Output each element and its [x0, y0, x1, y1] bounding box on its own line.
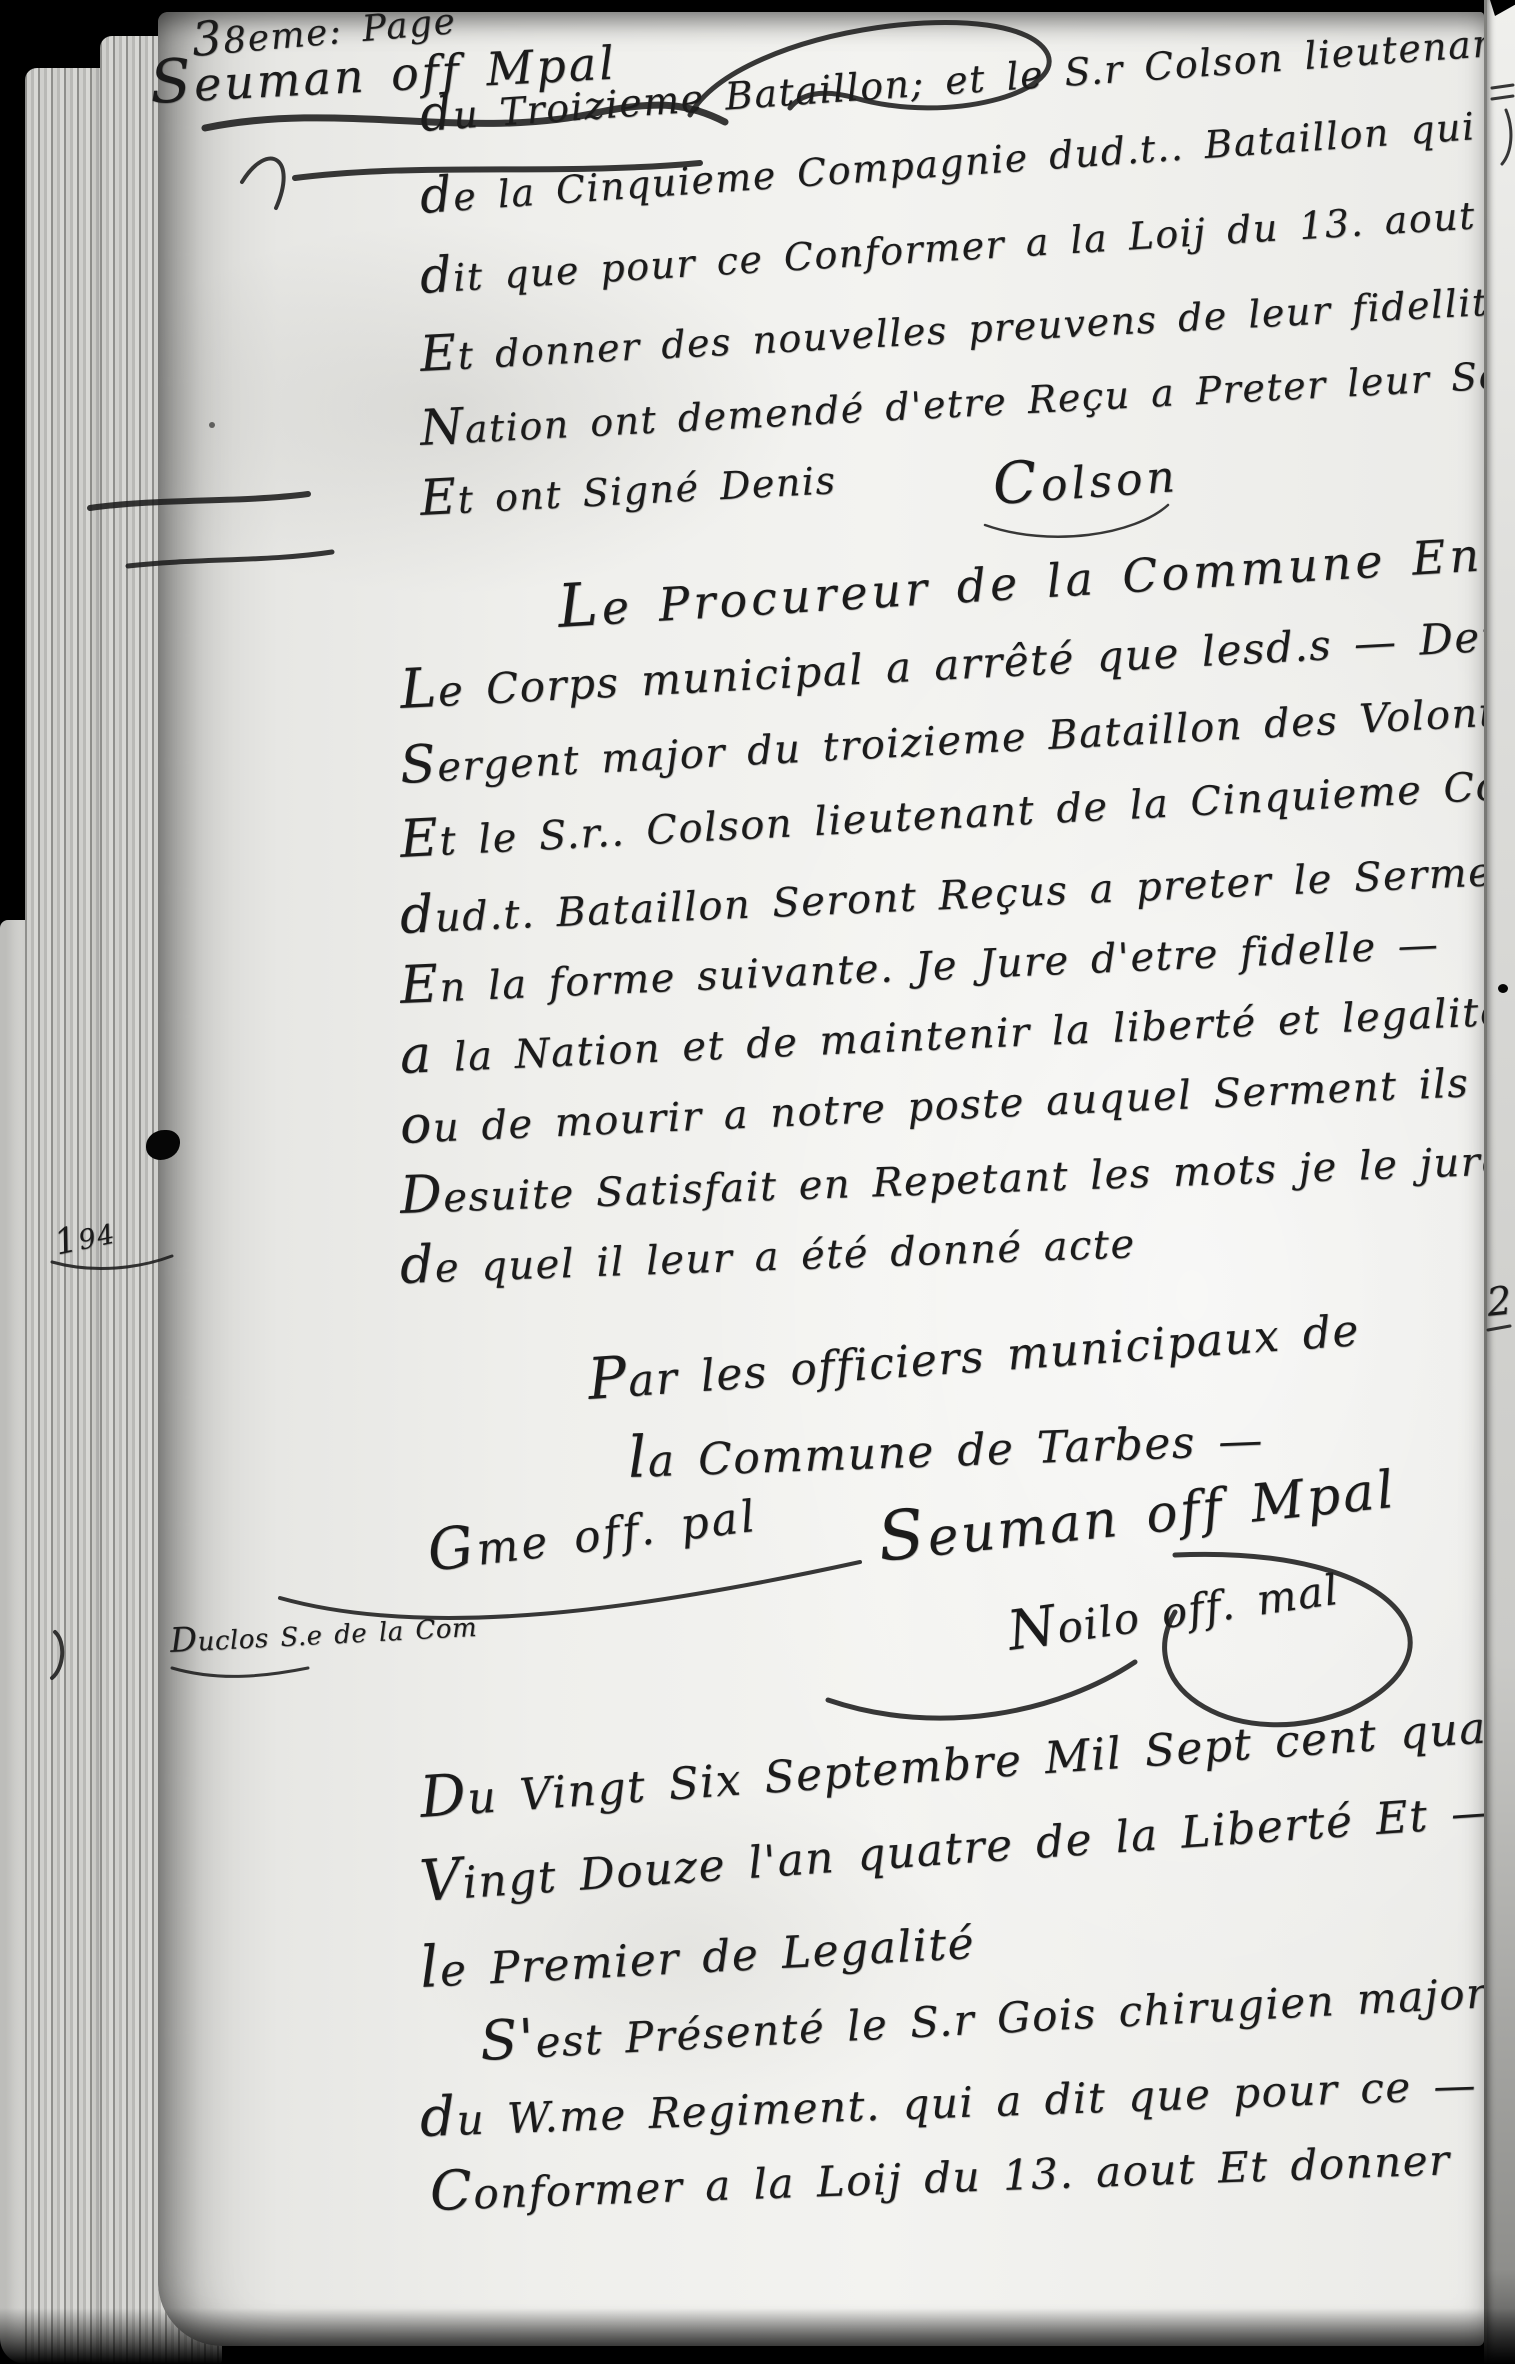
bottom-shadow: [0, 2308, 1515, 2364]
signature-officier-3: Noilo off. mal: [1004, 1558, 1342, 1658]
entry2-line: Conformer a la Loij du 13. aout Et donne…: [429, 2128, 1451, 2218]
entry1-line: Et ont Signé Denis: [419, 452, 838, 523]
next-page-edge: [1484, 0, 1515, 2364]
entry2-line: le Premier de Legalité: [419, 1911, 977, 1997]
closing-line: Par les officiers municipaux de: [586, 1298, 1361, 1409]
signature-secretary-duclos: Duclos S.e de la Com: [169, 1608, 478, 1658]
ink-speck: [209, 422, 215, 428]
inline-signature-colson: Colson: [991, 444, 1180, 514]
margin-note-right: 2: [1485, 1281, 1515, 1323]
signature-officier-1: Gme off. pal: [425, 1484, 761, 1581]
resolution-line: de quel il leur a été donné acte: [399, 1214, 1136, 1292]
manuscript-page: du Troizieme Bataillon; et le S.r Colson…: [158, 12, 1484, 2346]
entry2-line: du W.me Regiment. qui a dit que pour ce …: [419, 2053, 1478, 2144]
ink-dot: [1498, 984, 1508, 993]
manuscript-scan-photo: du Troizieme Bataillon; et le S.r Colson…: [0, 0, 1515, 2364]
